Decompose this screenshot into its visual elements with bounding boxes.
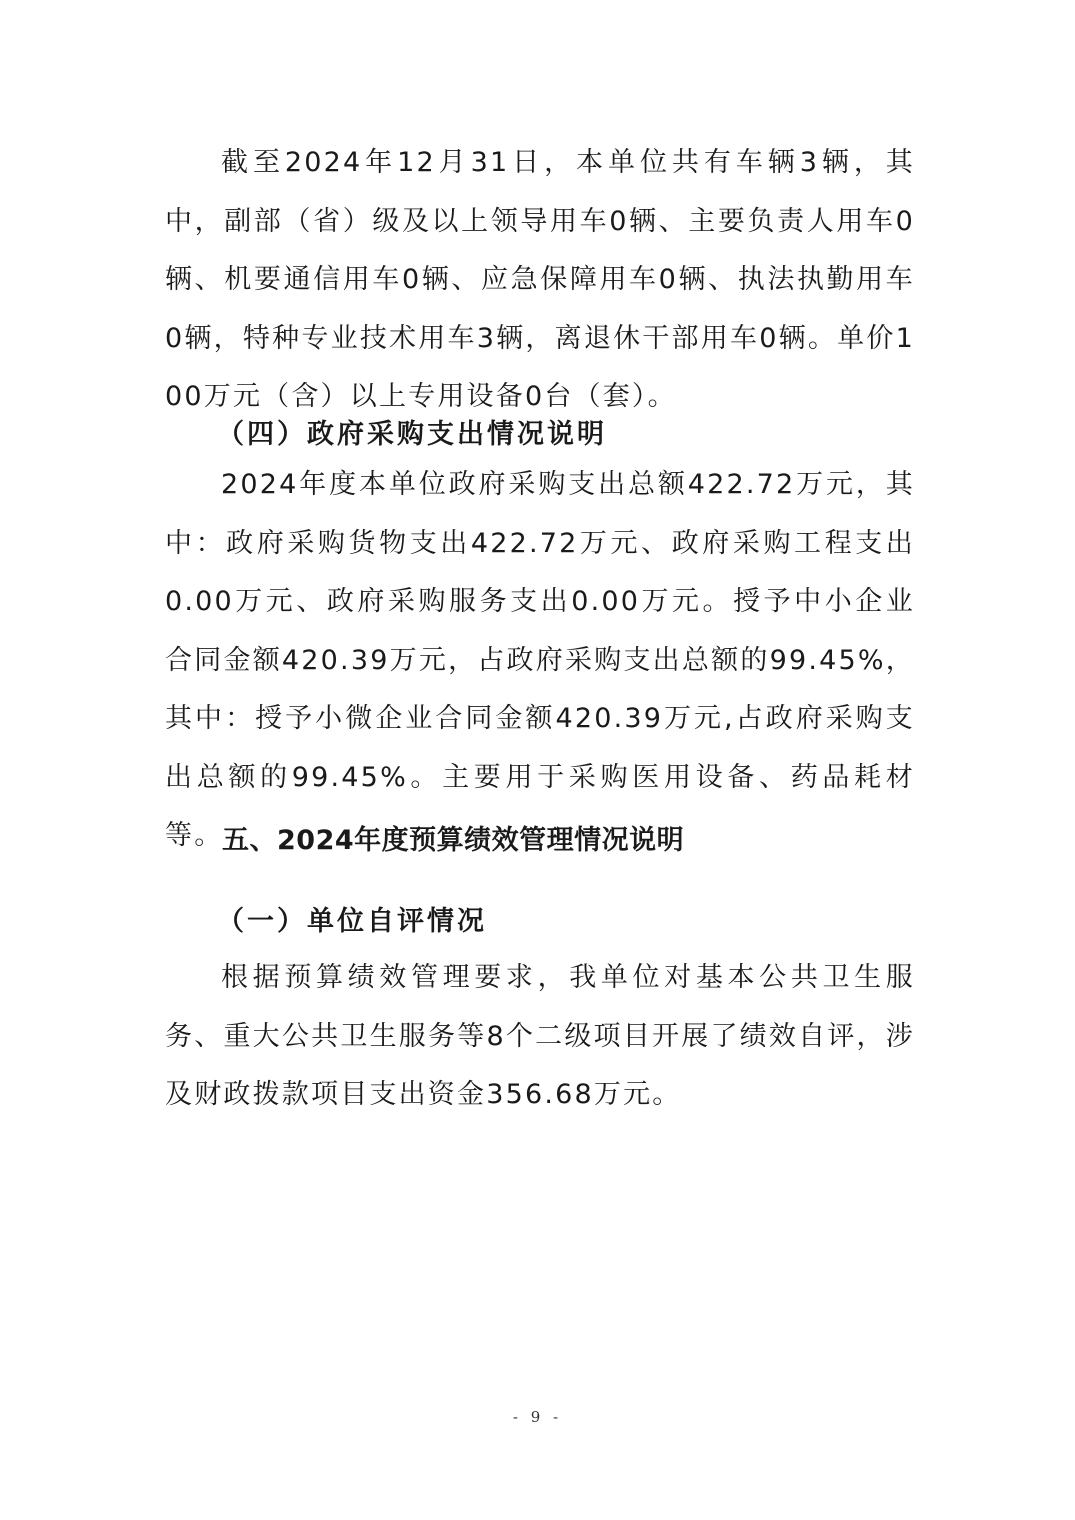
page-number: - 9 -	[0, 1408, 1075, 1426]
self-evaluation-paragraph: 根据预算绩效管理要求，我单位对基本公共卫生服务、重大公共卫生服务等8个二级项目开…	[165, 949, 915, 1125]
vehicles-paragraph: 截至2024年12月31日，本单位共有车辆3辆，其中，副部（省）级及以上领导用车…	[165, 134, 915, 427]
section-five-heading: 五、2024年度预算绩效管理情况说明	[222, 818, 684, 857]
procurement-paragraph: 2024年度本单位政府采购支出总额422.72万元，其中：政府采购货物支出422…	[165, 456, 915, 866]
procurement-subheading: （四）政府采购支出情况说明	[217, 412, 607, 451]
self-evaluation-subheading: （一）单位自评情况	[217, 899, 487, 938]
